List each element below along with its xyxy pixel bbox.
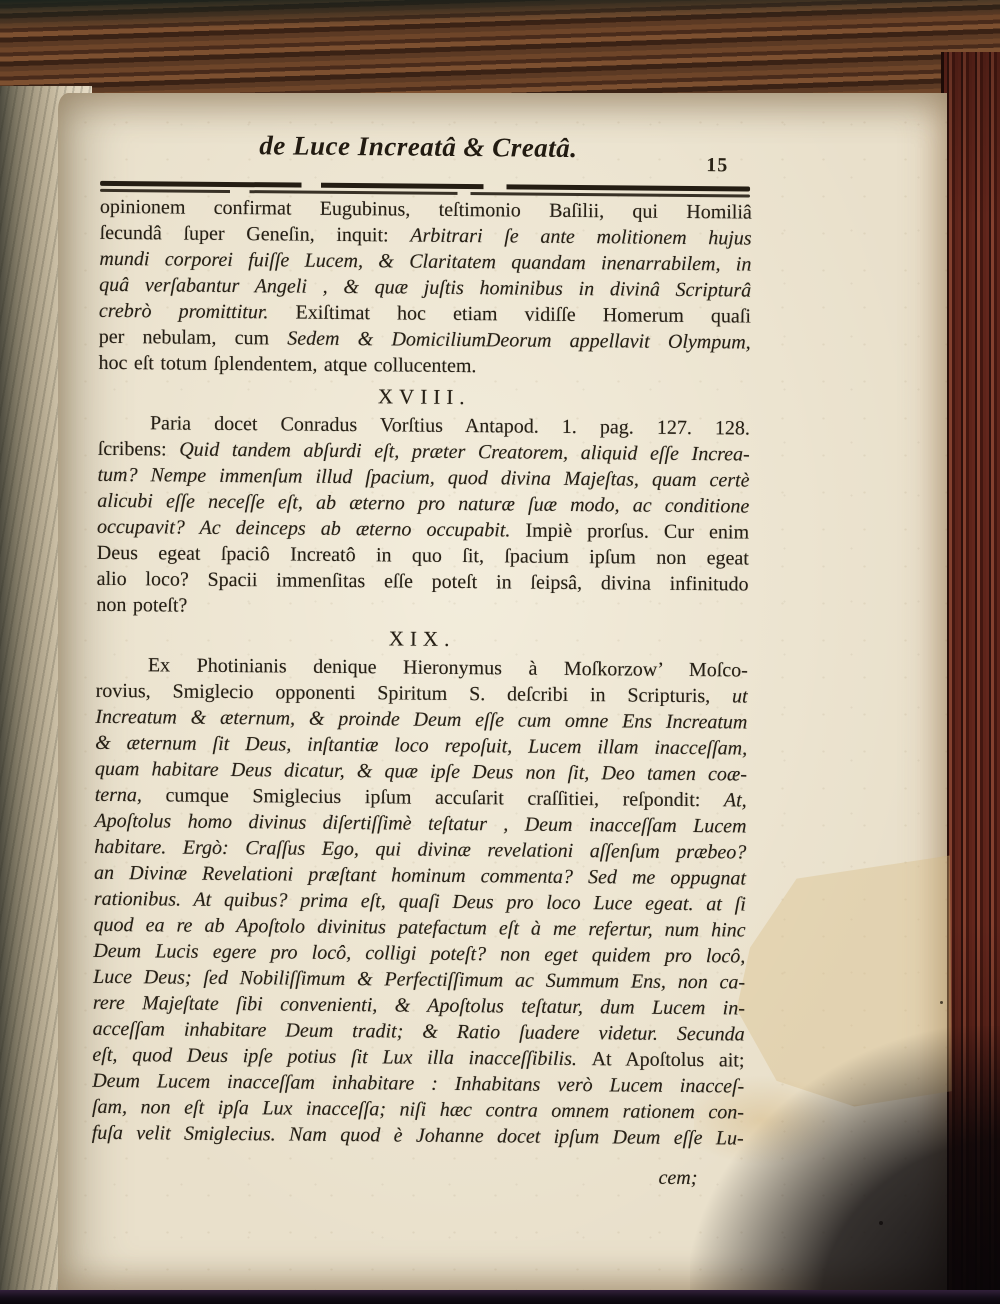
italic-text: Increatum & æternum, & proinde Deum eſſe…	[95, 706, 747, 734]
italic-text: & æternum ſit Deus, inſtantiæ loco repoſ…	[95, 732, 747, 760]
photo-corner-shadow	[690, 1026, 1000, 1296]
italic-text: an Divinæ Revelationi præſtant hominum c…	[94, 862, 746, 890]
italic-text: habitare. Ergò: Craſſus Ego, qui divinæ …	[94, 836, 746, 864]
roman-text: Ex Photinianis denique Hieronymus à Moſk…	[148, 654, 748, 681]
italic-text: eſt, quod Deus ipſe potius ſit Lux illa …	[92, 1044, 591, 1070]
paragraph: Paria docet Conradus Vorſtius Antapod. 1…	[96, 410, 750, 624]
italic-text: fuſa velit Smiglecius. Nam quod è Johann…	[92, 1122, 744, 1150]
italic-text: quam habitare Deus dicatur, & quæ ipſe D…	[95, 758, 747, 786]
italic-text: acceſſam inhabitare Deum tradit; & Ratio…	[93, 1018, 677, 1045]
page-number: 15	[706, 154, 728, 177]
book-scan: de Luce Increatâ & Creatâ. 15 opinionem …	[0, 0, 1000, 1304]
roman-text: rovius, Smiglecio opponenti Spiritum S. …	[96, 680, 733, 708]
italic-text: Arbitrari ſe ante molitionem hujus	[410, 225, 751, 250]
backdrop-bottom-edge	[0, 1290, 1000, 1304]
italic-text: Sedem & DomiciliumDeorum appellavit Olym…	[287, 327, 751, 353]
roman-text: per nebulam, cum	[99, 326, 288, 350]
paragraph: opinionem confirmat Eugubinus, teſtimoni…	[98, 194, 752, 382]
text-line: fuſa velit Smiglecius. Nam quod è Johann…	[92, 1120, 744, 1152]
italic-text: Deum Lucis egere pro locô, colligi poteſ…	[93, 940, 745, 968]
text-block: opinionem confirmat Eugubinus, teſtimoni…	[91, 194, 752, 1192]
italic-text: tum? Nempe immenſum illud ſpacium, quod …	[97, 464, 749, 492]
italic-text: quod ea re ab Apoſtolo divinitus patefac…	[94, 914, 746, 942]
italic-text: ſam, non eſt ipſa Lux inacceſſa; niſi hæ…	[92, 1096, 744, 1124]
roman-text: non poteſt?	[96, 594, 187, 617]
italic-text: rere Majeſtate ſibi convenienti, & Apoſt…	[93, 992, 745, 1020]
roman-text: Deus egeat ſpaciô Increatô in quo ſit, ſ…	[97, 542, 749, 570]
italic-text: terna,	[95, 784, 166, 807]
text-line: cem;	[91, 1160, 743, 1192]
roman-text: Exiſtimat hoc etiam vidiſſe Homerum quaſ…	[295, 302, 751, 328]
italic-text: At,	[724, 789, 747, 811]
italic-text: Deum Lucem inacceſſam inhabitare : Inhab…	[92, 1070, 744, 1098]
italic-text: Luce Deus; ſed Nobiliſſimum & Perfectiſſ…	[93, 966, 745, 994]
italic-text: ut	[732, 685, 748, 707]
paragraph: Ex Photinianis denique Hieronymus à Moſk…	[91, 652, 748, 1192]
running-title: de Luce Increatâ & Creatâ.	[208, 130, 628, 165]
italic-text: quâ verſabantur Angeli , & quæ juſtis ho…	[99, 274, 751, 302]
roman-text: ſcribens:	[98, 438, 180, 461]
roman-text: Paria docet Conradus Vorſtius Antapod. 1…	[150, 412, 750, 439]
section-heading: XIX.	[96, 623, 748, 655]
ink-speck	[940, 1001, 943, 1004]
italic-text: Quid tandem abſurdi eſt, præter Creatore…	[179, 439, 750, 466]
roman-text: alio loco? Spacii immenſitas eſſe poteſt…	[97, 568, 749, 596]
italic-text: Apoſtolus homo divinus diſertiſſimè teſt…	[94, 810, 746, 838]
italic-text: rationibus. At quibus? prima eſt, quaſi …	[94, 888, 746, 916]
italic-text: occupavit? Ac deinceps ab æterno occupab…	[97, 516, 526, 542]
italic-text: crebrò promittitur.	[99, 300, 296, 324]
roman-text: hoc eſt totum ſplendentem, atque colluce…	[98, 352, 476, 377]
roman-text: Impiè prorſus. Cur enim	[525, 520, 749, 544]
italic-text: alicubi eſſe neceſſe eſt, ab æterno pro …	[97, 490, 749, 518]
italic-text: mundi corporei fuiſſe Lucem, & Claritate…	[99, 248, 751, 276]
roman-text: cumque Smiglecius ipſum accuſarit craſſi…	[165, 784, 724, 811]
roman-text: opinionem confirmat Eugubinus, teſtimoni…	[100, 196, 752, 224]
roman-text: ſecundâ ſuper Geneſin, inquit:	[100, 222, 411, 247]
section-heading: XVIII.	[98, 381, 750, 413]
